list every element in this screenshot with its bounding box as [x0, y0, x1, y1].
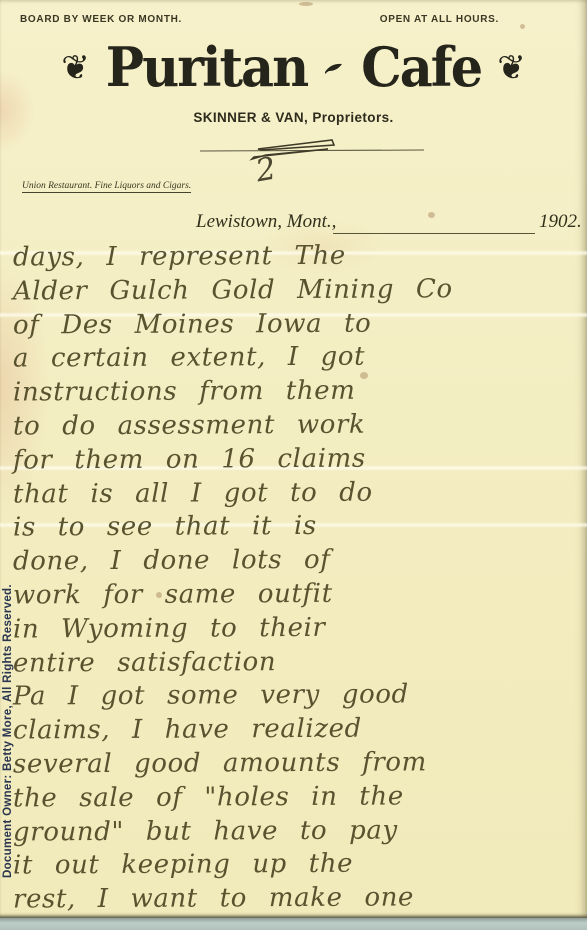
- scanner-bed-edge: [0, 918, 587, 930]
- handwriting-line: in Wyoming to their: [13, 610, 583, 647]
- tagline: Union Restaurant. Fine Liquors and Cigar…: [22, 181, 191, 193]
- handwriting-line: it out keeping up the: [13, 847, 583, 884]
- stain-speck: [520, 24, 525, 29]
- handwriting-line: Alder Gulch Gold Mining Co: [13, 272, 583, 309]
- handwriting-line: instructions from them: [13, 374, 583, 411]
- cafe-title: ❦ Puritan Cafe ❦: [0, 40, 587, 96]
- stain-speck: [299, 2, 313, 6]
- handwriting-line: rest, I want to make one: [13, 881, 583, 918]
- handwriting-line: ground" but have to pay: [13, 813, 583, 850]
- handwriting-line: is to see that it is: [13, 509, 583, 546]
- handwriting-line: that is all I got to do: [13, 475, 583, 512]
- handwriting-line: for them on 16 claims: [13, 441, 583, 478]
- handwriting-line: a certain extent, I got: [13, 340, 583, 377]
- hours-note: OPEN AT ALL HOURS.: [380, 14, 499, 25]
- date-blank-line: [333, 233, 535, 234]
- fleuron-left-icon: ❦: [61, 51, 90, 85]
- dateline-year: 1902.: [539, 211, 582, 233]
- handwriting-line: done, I done lots of: [13, 543, 583, 580]
- handwriting-line: entire satisfaction: [13, 644, 583, 681]
- dateline-place: Lewistown, Mont.,: [196, 211, 336, 233]
- fleuron-right-icon: ❦: [497, 51, 526, 85]
- handwriting-line: of Des Moines Iowa to: [13, 306, 583, 343]
- handwriting-line: the sale of "holes in the: [13, 779, 583, 816]
- stain-speck: [428, 212, 435, 218]
- handwriting-line: days, I represent The: [13, 239, 583, 276]
- board-note: BOARD BY WEEK OR MONTH.: [20, 14, 182, 25]
- handwriting-line: several good amounts from: [13, 745, 583, 782]
- title-word-puritan: Puritan: [106, 38, 307, 97]
- leaf-separator-icon: [323, 61, 345, 75]
- proprietors-line: SKINNER & VAN, Proprietors.: [0, 110, 587, 125]
- handwriting-line: claims, I have realized: [13, 712, 583, 749]
- handwriting-line: to do assessment work: [13, 407, 583, 444]
- pen-strokes-icon: [196, 136, 428, 170]
- handwriting-line: Pa I got some very good: [13, 678, 583, 715]
- handwriting-line: work for same outfit: [13, 576, 583, 613]
- handwriting-block: days, I represent TheAlder Gulch Gold Mi…: [13, 240, 583, 916]
- letter-sheet: BOARD BY WEEK OR MONTH. OPEN AT ALL HOUR…: [0, 0, 587, 918]
- title-word-cafe: Cafe: [361, 38, 481, 97]
- copyright-watermark: Document Owner: Betty More, All Rights R…: [2, 438, 14, 878]
